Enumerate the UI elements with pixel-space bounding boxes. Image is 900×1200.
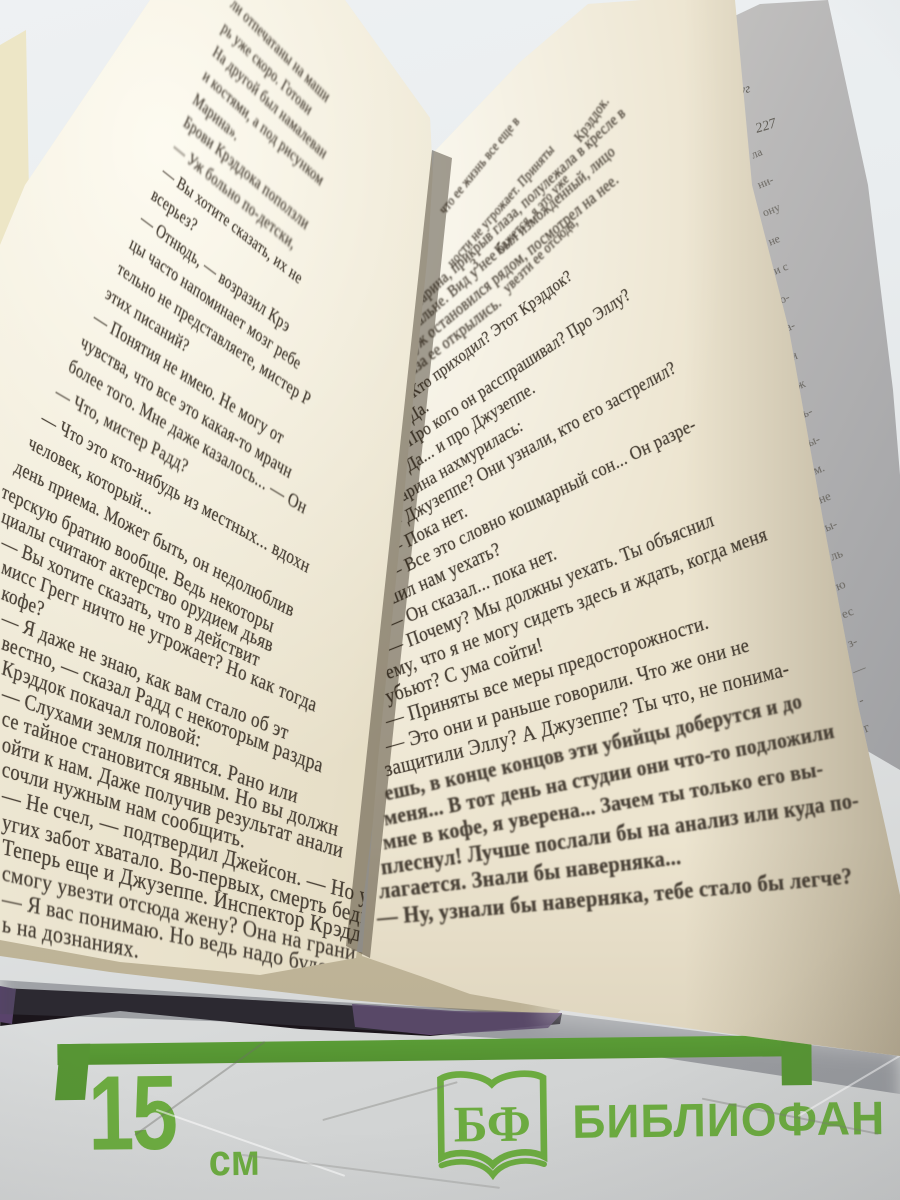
brand-initials: БФ	[453, 1096, 531, 1154]
brand-name: БИБЛИОФАН	[572, 1090, 886, 1149]
book-photo: ый круг 227 лани-онунеи со-а-ижь-ы-м.неы…	[0, 0, 900, 1200]
ruler-tick-left	[55, 1044, 90, 1100]
